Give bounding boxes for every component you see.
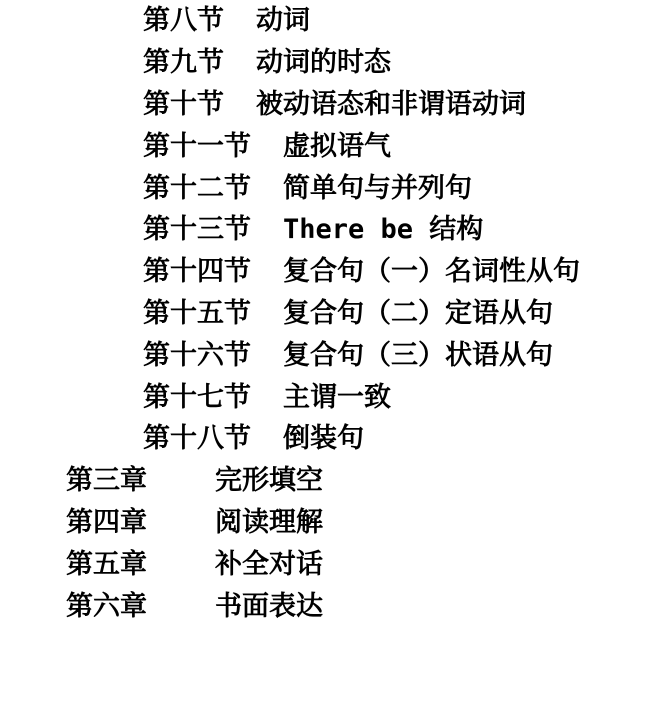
toc-row-label: 第十四节 [143,258,251,285]
toc-row-label: 第十三节 [143,216,251,243]
table-of-contents: 第八节 动词 第九节 动词的时态 第十节 被动语态和非谓语动词 第十一节 虚拟语… [0,0,667,627]
toc-row: 第十六节 复合句（三）状语从句 [0,334,667,376]
toc-row-title: 被动语态和非谓语动词 [256,91,526,118]
toc-row: 第十三节 There be 结构 [0,209,667,251]
toc-row-title: 复合句（三）状语从句 [283,342,553,369]
toc-row-label: 第四章 [66,509,147,536]
toc-row: 第四章 阅读理解 [0,502,667,544]
toc-row-label: 第八节 [143,7,224,34]
toc-row-title: 虚拟语气 [283,133,391,160]
toc-row-title: 主谓一致 [283,384,391,411]
toc-row-label: 第三章 [66,467,147,494]
toc-row: 第十节 被动语态和非谓语动词 [0,84,667,126]
toc-row-title: 完形填空 [215,467,323,494]
toc-row: 第十八节 倒装句 [0,418,667,460]
toc-row: 第八节 动词 [0,0,667,42]
toc-row: 第九节 动词的时态 [0,42,667,84]
toc-row-title: 书面表达 [215,593,323,620]
toc-row-title: 阅读理解 [215,509,323,536]
toc-row-label: 第十八节 [143,425,251,452]
toc-row-label: 第十二节 [143,175,251,202]
toc-row-title: 补全对话 [215,551,323,578]
toc-row: 第十四节 复合句（一）名词性从句 [0,251,667,293]
toc-row-label: 第十六节 [143,342,251,369]
toc-row: 第十二节 简单句与并列句 [0,167,667,209]
toc-row-label: 第九节 [143,49,224,76]
toc-row-label: 第十一节 [143,133,251,160]
toc-row: 第三章 完形填空 [0,460,667,502]
toc-row-title: 动词 [256,7,310,34]
toc-row-title: 动词的时态 [256,49,391,76]
toc-row-title: 倒装句 [283,425,364,452]
toc-row: 第五章 补全对话 [0,543,667,585]
toc-row-title: 复合句（二）定语从句 [283,300,553,327]
toc-row-label: 第六章 [66,593,147,620]
toc-row: 第六章 书面表达 [0,585,667,627]
toc-row-title: 简单句与并列句 [283,175,472,202]
toc-row: 第十五节 复合句（二）定语从句 [0,293,667,335]
toc-page: 第八节 动词 第九节 动词的时态 第十节 被动语态和非谓语动词 第十一节 虚拟语… [0,0,667,716]
toc-row: 第十七节 主谓一致 [0,376,667,418]
toc-row-label: 第五章 [66,551,147,578]
toc-row-label: 第十五节 [143,300,251,327]
toc-row-title: 复合句（一）名词性从句 [283,258,580,285]
toc-row-label: 第十七节 [143,384,251,411]
toc-row-label: 第十节 [143,91,224,118]
toc-row-title: There be 结构 [283,216,483,243]
toc-row: 第十一节 虚拟语气 [0,125,667,167]
